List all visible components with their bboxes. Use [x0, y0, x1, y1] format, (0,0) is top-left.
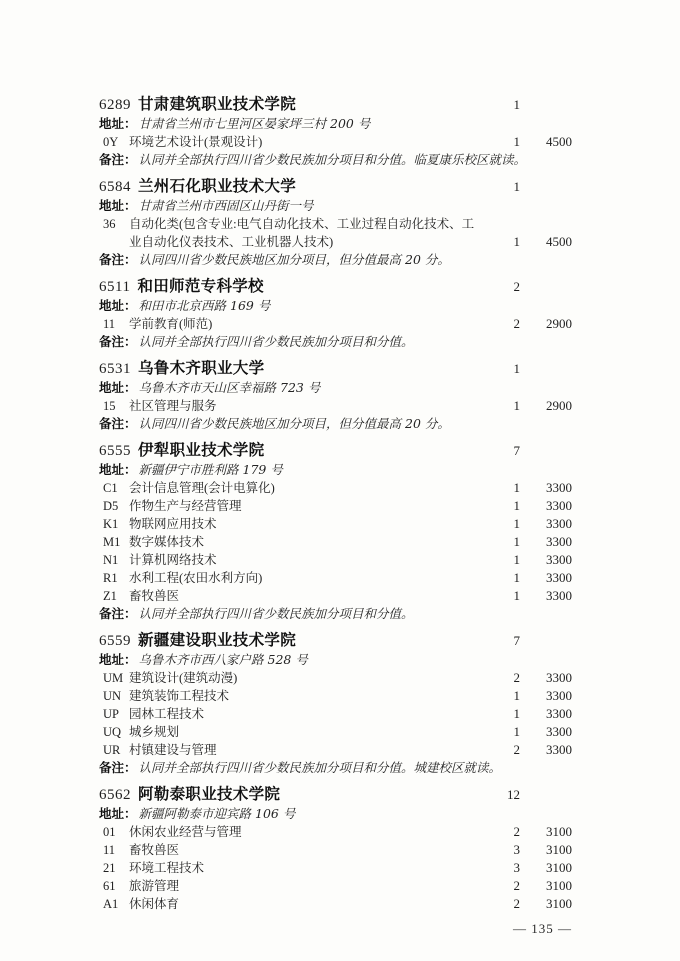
- school-entry-6559: 6559 新疆建设职业技术学院 7 地址： 乌鲁木齐市西八家户路 528 号 U…: [99, 631, 572, 777]
- major-tuition-fee: 3300: [520, 723, 572, 741]
- major-row: 11 畜牧兽医 3 3100: [99, 841, 572, 859]
- address-label: 地址：: [99, 297, 137, 315]
- major-tuition-fee: 3300: [520, 551, 572, 569]
- major-tuition-fee: 3100: [520, 823, 572, 841]
- major-plan-count: 2: [480, 823, 520, 841]
- major-code: N1: [103, 551, 125, 569]
- school-plan-total: 1: [480, 177, 520, 196]
- major-row: UM 建筑设计(建筑动漫) 2 3300: [99, 669, 572, 687]
- major-row: N1 计算机网络技术 1 3300: [99, 551, 572, 569]
- address-line: 地址： 甘肃省兰州市西固区山丹街一号: [99, 197, 572, 215]
- school-entry-6584: 6584 兰州石化职业技术大学 1 地址： 甘肃省兰州市西固区山丹街一号 36 …: [99, 177, 572, 269]
- major-tuition-fee: 3100: [520, 859, 572, 877]
- major-name: 城乡规划: [129, 723, 179, 741]
- major-row: D5 作物生产与经营管理 1 3300: [99, 497, 572, 515]
- address-text: 乌鲁木齐市西八家户路 528 号: [139, 651, 308, 669]
- major-code: 0Y: [103, 133, 125, 151]
- major-name: 休闲农业经营与管理: [129, 823, 242, 841]
- major-code: C1: [103, 479, 125, 497]
- major-plan-count: 1: [480, 587, 520, 605]
- remark-label: 备注：: [99, 415, 137, 433]
- major-tuition-fee: 3300: [520, 515, 572, 533]
- major-plan-count: 1: [480, 515, 520, 533]
- major-name: 园林工程技术: [129, 705, 204, 723]
- address-text: 和田市北京西路 169 号: [139, 297, 271, 315]
- major-tuition-fee: 3300: [520, 587, 572, 605]
- school-header: 6555 伊犁职业技术学院 7: [99, 441, 572, 461]
- school-header: 6511 和田师范专科学校 2: [99, 277, 572, 297]
- school-entry-6562: 6562 阿勒泰职业技术学院 12 地址： 新疆阿勒泰市迎宾路 106 号 01…: [99, 785, 572, 913]
- remark-text: 认同四川省少数民族地区加分项目，但分值最高 20 分。: [139, 251, 450, 269]
- major-tuition-fee: 3300: [520, 533, 572, 551]
- major-code: 36: [103, 215, 125, 233]
- major-code: M1: [103, 533, 125, 551]
- major-row: A1 休闲体育 2 3100: [99, 895, 572, 913]
- major-row: UQ 城乡规划 1 3300: [99, 723, 572, 741]
- major-tuition-fee: 3100: [520, 877, 572, 895]
- remark-line: 备注： 认同并全部执行四川省少数民族加分项目和分值。: [99, 605, 572, 623]
- school-plan-total: 7: [480, 441, 520, 460]
- major-code: Z1: [103, 587, 125, 605]
- major-code: A1: [103, 895, 125, 913]
- address-label: 地址：: [99, 805, 137, 823]
- major-plan-count: 1: [480, 687, 520, 705]
- major-row: 01 休闲农业经营与管理 2 3100: [99, 823, 572, 841]
- major-plan-count: 1: [480, 723, 520, 741]
- school-plan-total: 2: [480, 277, 520, 296]
- major-row: 21 环境工程技术 3 3100: [99, 859, 572, 877]
- major-name: 畜牧兽医: [129, 841, 179, 859]
- school-name: 伊犁职业技术学院: [138, 441, 264, 460]
- major-row: M1 数字媒体技术 1 3300: [99, 533, 572, 551]
- remark-text: 认同并全部执行四川省少数民族加分项目和分值。: [139, 333, 414, 351]
- admission-plan-page: 6289 甘肃建筑职业技术学院 1 地址： 甘肃省兰州市七里河区晏家坪三村 20…: [0, 0, 680, 961]
- school-name: 新疆建设职业技术学院: [138, 631, 296, 650]
- major-tuition-fee: 3300: [520, 497, 572, 515]
- school-code: 6289: [99, 96, 131, 115]
- school-name: 乌鲁木齐职业大学: [138, 359, 264, 378]
- school-code: 6511: [99, 278, 130, 297]
- major-name: 数字媒体技术: [129, 533, 204, 551]
- major-code: 61: [103, 877, 125, 895]
- major-row: Z1 畜牧兽医 1 3300: [99, 587, 572, 605]
- remark-label: 备注：: [99, 333, 137, 351]
- school-code: 6555: [99, 442, 131, 461]
- school-name: 甘肃建筑职业技术学院: [138, 95, 296, 114]
- major-plan-count: 1: [480, 497, 520, 515]
- school-plan-total: 1: [480, 95, 520, 114]
- major-code: 15: [103, 397, 125, 415]
- remark-label: 备注：: [99, 605, 137, 623]
- remark-line: 备注： 认同四川省少数民族地区加分项目，但分值最高 20 分。: [99, 415, 572, 433]
- major-tuition-fee: 3100: [520, 841, 572, 859]
- address-text: 甘肃省兰州市七里河区晏家坪三村 200 号: [139, 115, 371, 133]
- major-plan-count: 1: [480, 133, 520, 151]
- address-text: 新疆伊宁市胜利路 179 号: [139, 461, 283, 479]
- major-tuition-fee: 3300: [520, 741, 572, 759]
- school-header: 6584 兰州石化职业技术大学 1: [99, 177, 572, 197]
- major-plan-count: 1: [480, 397, 520, 415]
- major-name: 畜牧兽医: [129, 587, 179, 605]
- address-line: 地址： 新疆阿勒泰市迎宾路 106 号: [99, 805, 572, 823]
- major-plan-count: 3: [480, 859, 520, 877]
- major-row: 0Y 环境艺术设计(景观设计) 1 4500: [99, 133, 572, 151]
- school-code: 6531: [99, 360, 131, 379]
- major-name: 物联网应用技术: [129, 515, 217, 533]
- major-name: 计算机网络技术: [129, 551, 217, 569]
- major-code: R1: [103, 569, 125, 587]
- major-code: UM: [103, 669, 125, 687]
- major-plan-count: 1: [480, 569, 520, 587]
- major-row: C1 会计信息管理(会计电算化) 1 3300: [99, 479, 572, 497]
- remark-line: 备注： 认同并全部执行四川省少数民族加分项目和分值。: [99, 333, 572, 351]
- major-row: 11 学前教育(师范) 2 2900: [99, 315, 572, 333]
- school-name: 兰州石化职业技术大学: [138, 177, 296, 196]
- major-row: UP 园林工程技术 1 3300: [99, 705, 572, 723]
- major-code: K1: [103, 515, 125, 533]
- remark-line: 备注： 认同四川省少数民族地区加分项目，但分值最高 20 分。: [99, 251, 572, 269]
- major-plan-count: 2: [480, 741, 520, 759]
- major-plan-count: 1: [480, 233, 520, 251]
- major-tuition-fee: 2900: [520, 315, 572, 333]
- school-entry-6555: 6555 伊犁职业技术学院 7 地址： 新疆伊宁市胜利路 179 号 C1 会计…: [99, 441, 572, 623]
- school-header: 6562 阿勒泰职业技术学院 12: [99, 785, 572, 805]
- remark-text: 认同并全部执行四川省少数民族加分项目和分值。: [139, 605, 414, 623]
- major-tuition-fee: 3300: [520, 687, 572, 705]
- remark-label: 备注：: [99, 151, 137, 169]
- major-row: UR 村镇建设与管理 2 3300: [99, 741, 572, 759]
- remark-text: 认同并全部执行四川省少数民族加分项目和分值。临夏康乐校区就读。: [139, 151, 527, 169]
- major-row: 15 社区管理与服务 1 2900: [99, 397, 572, 415]
- school-entry-6289: 6289 甘肃建筑职业技术学院 1 地址： 甘肃省兰州市七里河区晏家坪三村 20…: [99, 95, 572, 169]
- major-plan-count: 2: [480, 877, 520, 895]
- school-header: 6531 乌鲁木齐职业大学 1: [99, 359, 572, 379]
- address-line: 地址： 甘肃省兰州市七里河区晏家坪三村 200 号: [99, 115, 572, 133]
- major-tuition-fee: 3300: [520, 479, 572, 497]
- major-name: 建筑装饰工程技术: [129, 687, 229, 705]
- major-plan-count: 3: [480, 841, 520, 859]
- major-plan-count: 2: [480, 315, 520, 333]
- school-plan-total: 1: [480, 359, 520, 378]
- major-tuition-fee: 4500: [520, 133, 572, 151]
- major-tuition-fee: 2900: [520, 397, 572, 415]
- major-code: 01: [103, 823, 125, 841]
- major-code: 21: [103, 859, 125, 877]
- school-plan-total: 7: [480, 631, 520, 650]
- major-tuition-fee: 4500: [520, 233, 572, 251]
- major-code: 11: [103, 841, 125, 859]
- address-label: 地址：: [99, 379, 137, 397]
- address-label: 地址：: [99, 115, 137, 133]
- major-row: R1 水利工程(农田水利方向) 1 3300: [99, 569, 572, 587]
- major-name: 建筑设计(建筑动漫): [129, 669, 237, 687]
- address-text: 乌鲁木齐市天山区幸福路 723 号: [139, 379, 321, 397]
- major-row: K1 物联网应用技术 1 3300: [99, 515, 572, 533]
- remark-text: 认同四川省少数民族地区加分项目，但分值最高 20 分。: [139, 415, 450, 433]
- major-code: 11: [103, 315, 125, 333]
- major-code: UQ: [103, 723, 125, 741]
- major-plan-count: 1: [480, 705, 520, 723]
- major-name: 休闲体育: [129, 895, 179, 913]
- major-tuition-fee: 3300: [520, 669, 572, 687]
- major-name: 会计信息管理(会计电算化): [129, 479, 275, 497]
- school-code: 6562: [99, 786, 131, 805]
- address-text: 新疆阿勒泰市迎宾路 106 号: [139, 805, 296, 823]
- major-tuition-fee: 3100: [520, 895, 572, 913]
- major-name: 学前教育(师范): [129, 315, 212, 333]
- major-plan-count: 2: [480, 895, 520, 913]
- major-plan-count: 1: [480, 479, 520, 497]
- address-label: 地址：: [99, 461, 137, 479]
- remark-line: 备注： 认同并全部执行四川省少数民族加分项目和分值。城建校区就读。: [99, 759, 572, 777]
- school-name: 和田师范专科学校: [137, 277, 263, 296]
- major-row: 36 自动化类(包含专业:电气自动化技术、工业过程自动化技术、工业自动化仪表技术…: [99, 215, 572, 251]
- address-line: 地址： 新疆伊宁市胜利路 179 号: [99, 461, 572, 479]
- remark-label: 备注：: [99, 759, 137, 777]
- remark-text: 认同并全部执行四川省少数民族加分项目和分值。城建校区就读。: [139, 759, 502, 777]
- major-tuition-fee: 3300: [520, 569, 572, 587]
- major-name: 作物生产与经营管理: [129, 497, 242, 515]
- major-name: 社区管理与服务: [129, 397, 217, 415]
- major-plan-count: 1: [480, 551, 520, 569]
- major-code: UR: [103, 741, 125, 759]
- major-code: UN: [103, 687, 125, 705]
- major-plan-count: 1: [480, 533, 520, 551]
- major-code: UP: [103, 705, 125, 723]
- school-header: 6289 甘肃建筑职业技术学院 1: [99, 95, 572, 115]
- school-entry-6511: 6511 和田师范专科学校 2 地址： 和田市北京西路 169 号 11 学前教…: [99, 277, 572, 351]
- school-entry-6531: 6531 乌鲁木齐职业大学 1 地址： 乌鲁木齐市天山区幸福路 723 号 15…: [99, 359, 572, 433]
- remark-label: 备注：: [99, 251, 137, 269]
- address-line: 地址： 乌鲁木齐市天山区幸福路 723 号: [99, 379, 572, 397]
- major-name: 环境艺术设计(景观设计): [129, 133, 262, 151]
- major-plan-count: 2: [480, 669, 520, 687]
- major-tuition-fee: 3300: [520, 705, 572, 723]
- page-number: — 135 —: [99, 921, 572, 937]
- address-label: 地址：: [99, 197, 137, 215]
- major-name: 环境工程技术: [129, 859, 204, 877]
- address-line: 地址： 乌鲁木齐市西八家户路 528 号: [99, 651, 572, 669]
- address-text: 甘肃省兰州市西固区山丹街一号: [139, 197, 314, 215]
- remark-line: 备注： 认同并全部执行四川省少数民族加分项目和分值。临夏康乐校区就读。: [99, 151, 572, 169]
- school-plan-total: 12: [480, 785, 520, 804]
- major-name: 自动化类(包含专业:电气自动化技术、工业过程自动化技术、工业自动化仪表技术、工业…: [129, 215, 480, 251]
- major-row: 61 旅游管理 2 3100: [99, 877, 572, 895]
- address-label: 地址：: [99, 651, 137, 669]
- school-header: 6559 新疆建设职业技术学院 7: [99, 631, 572, 651]
- major-code: D5: [103, 497, 125, 515]
- major-name: 水利工程(农田水利方向): [129, 569, 262, 587]
- address-line: 地址： 和田市北京西路 169 号: [99, 297, 572, 315]
- major-row: UN 建筑装饰工程技术 1 3300: [99, 687, 572, 705]
- major-name: 旅游管理: [129, 877, 179, 895]
- major-name: 村镇建设与管理: [129, 741, 217, 759]
- school-name: 阿勒泰职业技术学院: [138, 785, 280, 804]
- school-code: 6559: [99, 632, 131, 651]
- school-code: 6584: [99, 178, 131, 197]
